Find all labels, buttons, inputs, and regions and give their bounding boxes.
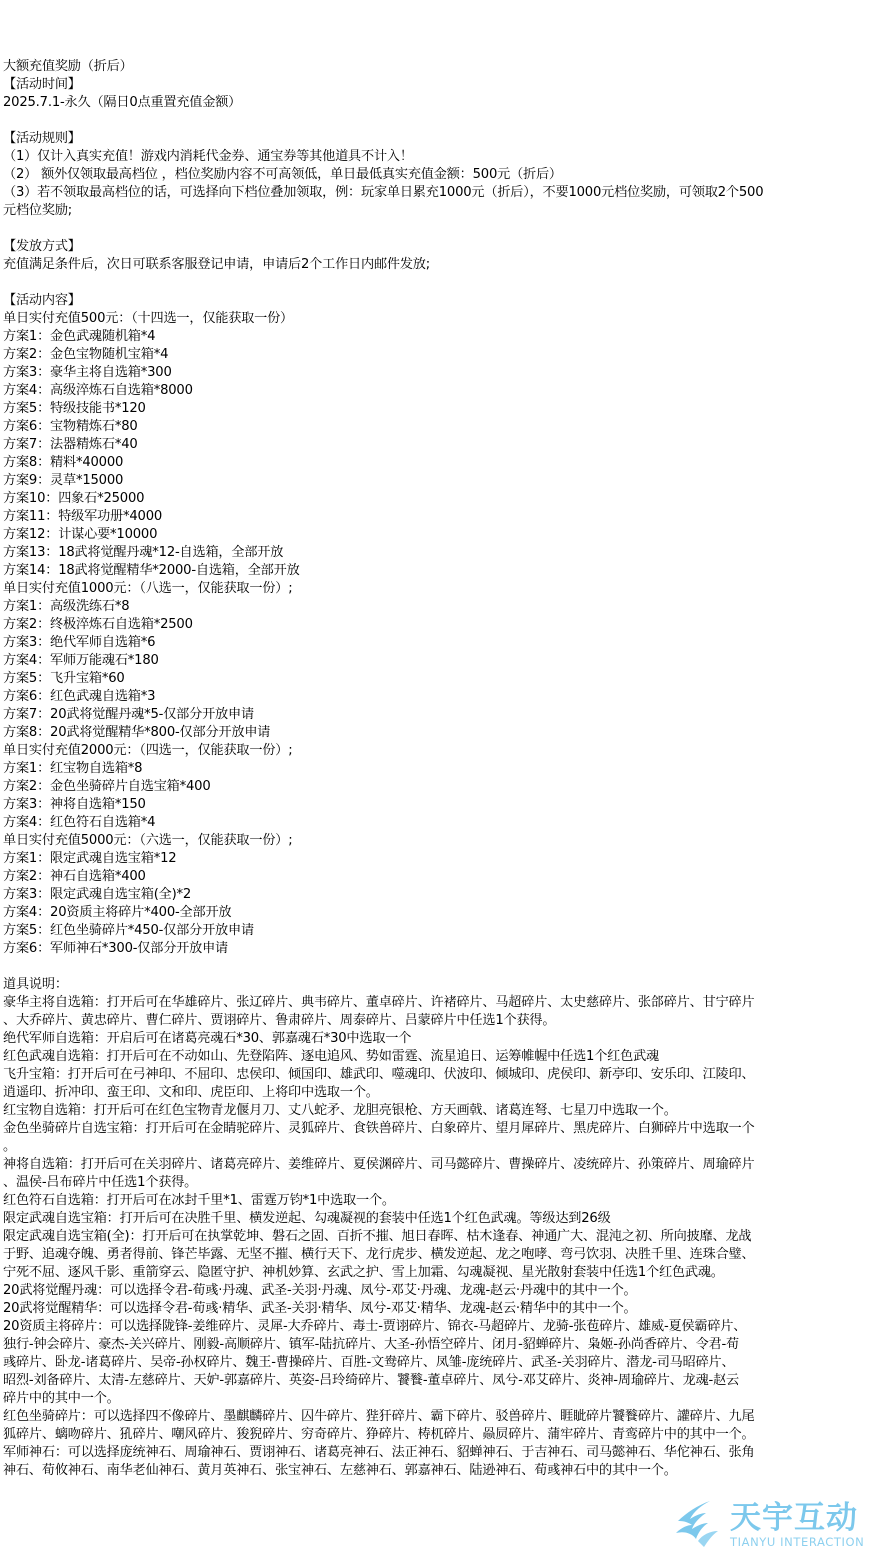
tier-option: 方案5：特级技能书*120: [3, 400, 883, 418]
tier-option: 方案3：绝代军师自选箱*6: [3, 634, 883, 652]
section-heading-content: 【活动内容】: [3, 292, 883, 310]
item-description-line: 、温侯-吕布碎片中任选1个获得。: [3, 1174, 883, 1192]
blank-line: [3, 958, 883, 976]
tier-option: 方案2：神石自选箱*400: [3, 868, 883, 886]
tier-option: 方案1：限定武魂自选宝箱*12: [3, 850, 883, 868]
tier-option: 方案5：飞升宝箱*60: [3, 670, 883, 688]
item-description-line: 红色武魂自选箱：打开后可在不动如山、先登陷阵、逐电追风、势如雷霆、流星追日、运筹…: [3, 1048, 883, 1066]
item-description-line: 红色坐骑碎片：可以选择四不像碎片、墨麒麟碎片、囚牛碎片、狴犴碎片、霸下碎片、驳兽…: [3, 1408, 883, 1426]
item-description-line: 神石、荀攸神石、南华老仙神石、黄月英神石、张宝神石、左慈神石、郭嘉神石、陆逊神石…: [3, 1462, 883, 1480]
tier-option: 方案6：军师神石*300-仅部分开放申请: [3, 940, 883, 958]
tier-option: 方案9：灵草*15000: [3, 472, 883, 490]
item-description-line: 彧碎片、卧龙-诸葛碎片、吴帝-孙权碎片、魏王-曹操碎片、百胜-文鸯碎片、凤雏-庞…: [3, 1354, 883, 1372]
item-description-line: 20资质主将碎片：可以选择陇锋-姜维碎片、灵犀-大乔碎片、毒士-贾诩碎片、锦衣-…: [3, 1318, 883, 1336]
tier-option: 方案3：神将自选箱*150: [3, 796, 883, 814]
tier-option: 方案6：宝物精炼石*80: [3, 418, 883, 436]
tier-option: 方案4：20资质主将碎片*400-全部开放: [3, 904, 883, 922]
reward-tiers: 单日实付充值500元：（十四选一，仅能获取一份）方案1：金色武魂随机箱*4方案2…: [3, 310, 883, 958]
tier-option: 方案6：红色武魂自选箱*3: [3, 688, 883, 706]
rule-item: （3）若不领取最高档位的话，可选择向下档位叠加领取，例：玩家单日累充1000元（…: [3, 184, 883, 202]
section-heading-time: 【活动时间】: [3, 76, 883, 94]
item-description-line: 逍遥印、折冲印、蛮王印、文和印、虎臣印、上将印中选取一个。: [3, 1084, 883, 1102]
blank-line: [3, 220, 883, 238]
tier-option: 方案4：军师万能魂石*180: [3, 652, 883, 670]
item-description-line: 金色坐骑碎片自选宝箱：打开后可在金睛驼碎片、灵狐碎片、食铁兽碎片、白象碎片、望月…: [3, 1120, 883, 1138]
item-description-line: 狐碎片、螭吻碎片、犼碎片、嘲风碎片、狻猊碎片、穷奇碎片、狰碎片、梼杌碎片、赑屃碎…: [3, 1426, 883, 1444]
tier-option: 方案4：高级淬炼石自选箱*8000: [3, 382, 883, 400]
item-description-line: 昭烈-刘备碎片、太清-左慈碎片、天妒-郭嘉碎片、英姿-吕玲绮碎片、饕餮-董卓碎片…: [3, 1372, 883, 1390]
rule-item: （2） 额外仅领取最高档位 ，档位奖励内容不可高领低，单日最低真实充值金额：50…: [3, 166, 883, 184]
tier-option: 方案4：红色符石自选箱*4: [3, 814, 883, 832]
item-description-line: 限定武魂自选宝箱(全)：打开后可在执掌乾坤、磐石之固、百折不摧、旭日春晖、枯木逢…: [3, 1228, 883, 1246]
tier-option: 方案12：计谋心要*10000: [3, 526, 883, 544]
tier-option: 方案8：20武将觉醒精华*800-仅部分开放申请: [3, 724, 883, 742]
tier-title: 单日实付充值500元：（十四选一，仅能获取一份）: [3, 310, 883, 328]
tier-title: 单日实付充值2000元：（四选一，仅能获取一份）;: [3, 742, 883, 760]
item-description-line: 红宝物自选箱：打开后可在红色宝物青龙偃月刀、丈八蛇矛、龙胆亮银枪、方天画戟、诸葛…: [3, 1102, 883, 1120]
item-description-line: 独行-钟会碎片、豪杰-关兴碎片、刚毅-高顺碎片、镇军-陆抗碎片、大圣-孙悟空碎片…: [3, 1336, 883, 1354]
rule-item: 元档位奖励;: [3, 202, 883, 220]
item-description-line: 、大乔碎片、黄忠碎片、曹仁碎片、贾诩碎片、鲁肃碎片、周泰碎片、吕蒙碎片中任选1个…: [3, 1012, 883, 1030]
wing-logo-icon: [672, 1499, 724, 1549]
tier-option: 方案2：金色宝物随机宝箱*4: [3, 346, 883, 364]
tier-option: 方案1：红宝物自选箱*8: [3, 760, 883, 778]
activity-time-text: 2025.7.1-永久（隔日0点重置充值金额）: [3, 94, 883, 112]
item-description-line: 。: [3, 1138, 883, 1156]
blank-line: [3, 274, 883, 292]
item-description-line: 限定武魂自选宝箱：打开后可在决胜千里、横发逆起、勾魂凝视的套装中任选1个红色武魂…: [3, 1210, 883, 1228]
item-description-line: 飞升宝箱：打开后可在弓神印、不屈印、忠侯印、倾国印、雄武印、噬魂印、伏波印、倾城…: [3, 1066, 883, 1084]
watermark-logo: 天宇互动 TIANYU INTERACTION: [672, 1497, 882, 1552]
logo-text-en: TIANYU INTERACTION: [730, 1536, 864, 1549]
item-description-line: 豪华主将自选箱：打开后可在华雄碎片、张辽碎片、典韦碎片、董卓碎片、许褚碎片、马超…: [3, 994, 883, 1012]
item-description-line: 绝代军师自选箱：开启后可在诸葛亮魂石*30、郭嘉魂石*30中选取一个: [3, 1030, 883, 1048]
tier-option: 方案11：特级军功册*4000: [3, 508, 883, 526]
item-description-line: 红色符石自选箱：打开后可在冰封千里*1、雷霆万钧*1中选取一个。: [3, 1192, 883, 1210]
section-heading-rules: 【活动规则】: [3, 130, 883, 148]
section-heading-items: 道具说明：: [3, 976, 883, 994]
tier-option: 方案10：四象石*25000: [3, 490, 883, 508]
tier-option: 方案1：高级洗练石*8: [3, 598, 883, 616]
rule-item: （1）仅计入真实充值！游戏内消耗代金券、通宝券等其他道具不计入！: [3, 148, 883, 166]
tier-option: 方案14：18武将觉醒精华*2000-自选箱，全部开放: [3, 562, 883, 580]
tier-option: 方案3：限定武魂自选宝箱(全)*2: [3, 886, 883, 904]
item-description-line: 20武将觉醒精华：可以选择令君-荀彧·精华、武圣-关羽·精华、凤兮-邓艾·精华、…: [3, 1300, 883, 1318]
tier-option: 方案13：18武将觉醒丹魂*12-自选箱，全部开放: [3, 544, 883, 562]
tier-title: 单日实付充值1000元：（八选一，仅能获取一份）;: [3, 580, 883, 598]
item-description-line: 碎片中的其中一个。: [3, 1390, 883, 1408]
item-description-line: 神将自选箱：打开后可在关羽碎片、诸葛亮碎片、姜维碎片、夏侯渊碎片、司马懿碎片、曹…: [3, 1156, 883, 1174]
tier-option: 方案8：精料*40000: [3, 454, 883, 472]
tier-option: 方案1：金色武魂随机箱*4: [3, 328, 883, 346]
tier-option: 方案5：红色坐骑碎片*450-仅部分开放申请: [3, 922, 883, 940]
tier-option: 方案2：金色坐骑碎片自选宝箱*400: [3, 778, 883, 796]
blank-line: [3, 112, 883, 130]
delivery-text: 充值满足条件后，次日可联系客服登记申请，申请后2个工作日内邮件发放;: [3, 256, 883, 274]
logo-text-cn: 天宇互动: [730, 1501, 858, 1535]
tier-option: 方案7：法器精炼石*40: [3, 436, 883, 454]
item-descriptions: 豪华主将自选箱：打开后可在华雄碎片、张辽碎片、典韦碎片、董卓碎片、许褚碎片、马超…: [3, 994, 883, 1480]
item-description-line: 宁死不屈、逐风千影、重箭穿云、隐匿守护、神机妙算、玄武之护、雪上加霜、勾魂凝视、…: [3, 1264, 883, 1282]
document-body: 大额充值奖励（折后） 【活动时间】 2025.7.1-永久（隔日0点重置充值金额…: [3, 58, 883, 1480]
item-description-line: 20武将觉醒丹魂：可以选择令君-荀彧·丹魂、武圣-关羽·丹魂、凤兮-邓艾·丹魂、…: [3, 1282, 883, 1300]
item-description-line: 军师神石：可以选择庞统神石、周瑜神石、贾诩神石、诸葛亮神石、法正神石、貂蝉神石、…: [3, 1444, 883, 1462]
tier-option: 方案7：20武将觉醒丹魂*5-仅部分开放申请: [3, 706, 883, 724]
item-description-line: 于野、追魂夺魄、勇者得前、锋芒毕露、无坚不摧、横行天下、龙行虎步、横发逆起、龙之…: [3, 1246, 883, 1264]
document-title: 大额充值奖励（折后）: [3, 58, 883, 76]
tier-title: 单日实付充值5000元：（六选一，仅能获取一份）;: [3, 832, 883, 850]
tier-option: 方案2：终极淬炼石自选箱*2500: [3, 616, 883, 634]
tier-option: 方案3：豪华主将自选箱*300: [3, 364, 883, 382]
section-heading-delivery: 【发放方式】: [3, 238, 883, 256]
